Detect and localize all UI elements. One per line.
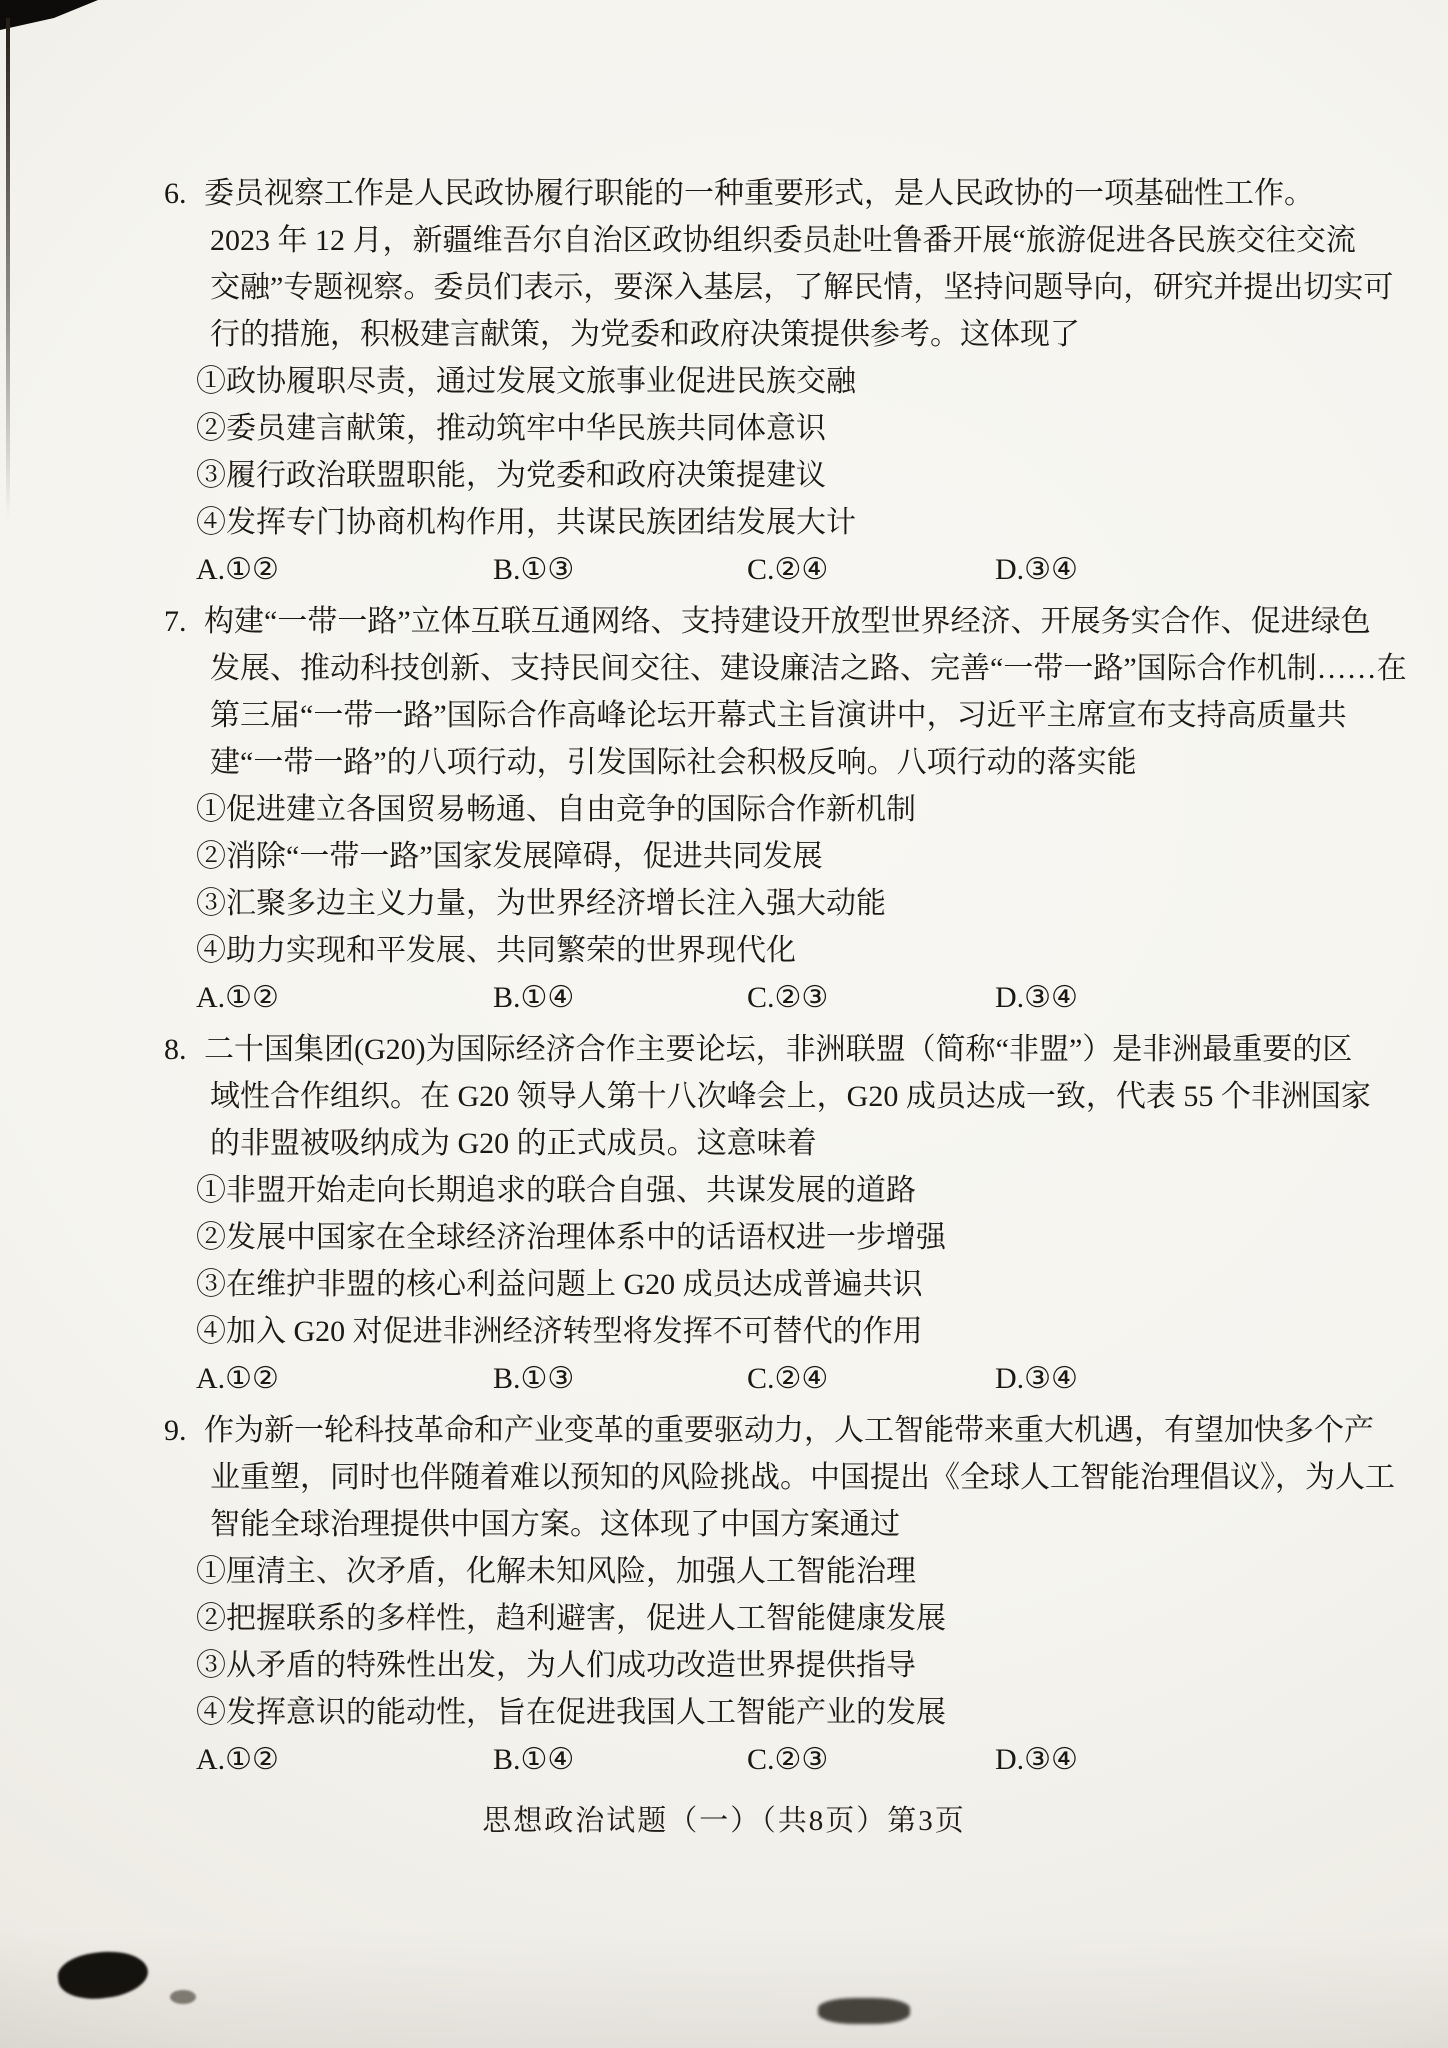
scanned-exam-page: 6.委员视察工作是人民政协履行职能的一种重要形式，是人民政协的一项基础性工作。2… (0, 0, 1448, 2048)
choice-item: ①厘清主、次矛盾，化解未知风险，加强人工智能治理 (164, 1548, 1374, 1595)
stem-line: 发展、推动科技创新、支持民间交往、建设廉洁之路、完善“一带一路”国际合作机制……… (164, 645, 1374, 692)
stem-line: 建“一带一路”的八项行动，引发国际社会积极反响。八项行动的落实能 (164, 739, 1374, 786)
stem-text: 作为新一轮科技革命和产业变革的重要驱动力，人工智能带来重大机遇，有望加快多个产 (204, 1414, 1374, 1447)
choice-item: ①非盟开始走向长期追求的联合自强、共谋发展的道路 (164, 1167, 1374, 1214)
option-a: A.①② (196, 1355, 493, 1402)
question-block: 7.构建“一带一路”立体互联互通网络、支持建设开放型世界经济、开展务实合作、促进… (164, 598, 1374, 1021)
stem-line: 的非盟被吸纳成为 G20 的正式成员。这意味着 (164, 1120, 1374, 1167)
choice-item: ③汇聚多边主义力量，为世界经济增长注入强大动能 (164, 880, 1374, 927)
choice-item: ②委员建言献策，推动筑牢中华民族共同体意识 (164, 405, 1374, 452)
page-footer: 思想政治试题（一）（共8页）第3页 (0, 1798, 1448, 1839)
option-d: D.③④ (995, 1355, 1078, 1402)
stem-line: 8.二十国集团(G20)为国际经济合作主要论坛，非洲联盟（简称“非盟”）是非洲最… (164, 1026, 1374, 1073)
option-a: A.①② (196, 974, 493, 1021)
exam-content: 6.委员视察工作是人民政协履行职能的一种重要形式，是人民政协的一项基础性工作。2… (164, 170, 1374, 1783)
stem-line: 7.构建“一带一路”立体互联互通网络、支持建设开放型世界经济、开展务实合作、促进… (164, 598, 1374, 645)
question-block: 6.委员视察工作是人民政协履行职能的一种重要形式，是人民政协的一项基础性工作。2… (164, 170, 1374, 593)
choice-item: ④加入 G20 对促进非洲经济转型将发挥不可替代的作用 (164, 1308, 1374, 1355)
choice-item: ①促进建立各国贸易畅通、自由竞争的国际合作新机制 (164, 786, 1374, 833)
options-row: A.①②B.①③C.②④D.③④ (164, 546, 1374, 593)
option-a: A.①② (196, 546, 493, 593)
choice-item: ③在维护非盟的核心利益问题上 G20 成员达成普遍共识 (164, 1261, 1374, 1308)
question-block: 8.二十国集团(G20)为国际经济合作主要论坛，非洲联盟（简称“非盟”）是非洲最… (164, 1026, 1374, 1402)
stem-line: 智能全球治理提供中国方案。这体现了中国方案通过 (164, 1501, 1374, 1548)
scan-artifact-bottom-left (56, 1947, 151, 2004)
option-d: D.③④ (995, 546, 1078, 593)
choice-item: ④发挥意识的能动性，旨在促进我国人工智能产业的发展 (164, 1689, 1374, 1736)
question-number: 6. (164, 170, 204, 217)
scan-artifact-bottom-center (818, 1998, 910, 2024)
stem-text: 委员视察工作是人民政协履行职能的一种重要形式，是人民政协的一项基础性工作。 (204, 177, 1314, 210)
choice-item: ④发挥专门协商机构作用，共谋民族团结发展大计 (164, 499, 1374, 546)
options-row: A.①②B.①④C.②③D.③④ (164, 1736, 1374, 1783)
choice-item: ①政协履职尽责，通过发展文旅事业促进民族交融 (164, 358, 1374, 405)
stem-line: 第三届“一带一路”国际合作高峰论坛开幕式主旨演讲中，习近平主席宣布支持高质量共 (164, 692, 1374, 739)
scan-artifact-bottom-left-2 (170, 1990, 196, 2004)
stem-line: 域性合作组织。在 G20 领导人第十八次峰会上，G20 成员达成一致，代表 55… (164, 1073, 1374, 1120)
question-number: 8. (164, 1026, 204, 1073)
stem-line: 6.委员视察工作是人民政协履行职能的一种重要形式，是人民政协的一项基础性工作。 (164, 170, 1374, 217)
option-a: A.①② (196, 1736, 493, 1783)
choice-item: ③从矛盾的特殊性出发，为人们成功改造世界提供指导 (164, 1642, 1374, 1689)
options-row: A.①②B.①④C.②③D.③④ (164, 974, 1374, 1021)
choice-item: ②发展中国家在全球经济治理体系中的话语权进一步增强 (164, 1214, 1374, 1261)
stem-text: 二十国集团(G20)为国际经济合作主要论坛，非洲联盟（简称“非盟”）是非洲最重要… (204, 1033, 1352, 1066)
choice-item: ②消除“一带一路”国家发展障碍，促进共同发展 (164, 833, 1374, 880)
choice-item: ④助力实现和平发展、共同繁荣的世界现代化 (164, 927, 1374, 974)
stem-line: 行的措施，积极建言献策，为党委和政府决策提供参考。这体现了 (164, 311, 1374, 358)
choice-item: ③履行政治联盟职能，为党委和政府决策提建议 (164, 452, 1374, 499)
option-b: B.①③ (493, 1355, 747, 1402)
stem-line: 2023 年 12 月，新疆维吾尔自治区政协组织委员赴吐鲁番开展“旅游促进各民族… (164, 217, 1374, 264)
question-number: 7. (164, 598, 204, 645)
option-d: D.③④ (995, 1736, 1078, 1783)
stem-line: 交融”专题视察。委员们表示，要深入基层，了解民情，坚持问题导向，研究并提出切实可 (164, 264, 1374, 311)
option-c: C.②④ (747, 546, 995, 593)
option-b: B.①③ (493, 546, 747, 593)
option-d: D.③④ (995, 974, 1078, 1021)
question-block: 9.作为新一轮科技革命和产业变革的重要驱动力，人工智能带来重大机遇，有望加快多个… (164, 1407, 1374, 1783)
options-row: A.①②B.①③C.②④D.③④ (164, 1355, 1374, 1402)
choice-item: ②把握联系的多样性，趋利避害，促进人工智能健康发展 (164, 1595, 1374, 1642)
option-b: B.①④ (493, 974, 747, 1021)
option-c: C.②③ (747, 974, 995, 1021)
option-b: B.①④ (493, 1736, 747, 1783)
scan-artifact-top-left (0, 0, 98, 30)
stem-text: 构建“一带一路”立体互联互通网络、支持建设开放型世界经济、开展务实合作、促进绿色 (204, 605, 1371, 638)
scan-artifact-left-edge (6, 18, 10, 518)
stem-line: 9.作为新一轮科技革命和产业变革的重要驱动力，人工智能带来重大机遇，有望加快多个… (164, 1407, 1374, 1454)
question-number: 9. (164, 1407, 204, 1454)
option-c: C.②③ (747, 1736, 995, 1783)
stem-line: 业重塑，同时也伴随着难以预知的风险挑战。中国提出《全球人工智能治理倡议》，为人工 (164, 1454, 1374, 1501)
option-c: C.②④ (747, 1355, 995, 1402)
